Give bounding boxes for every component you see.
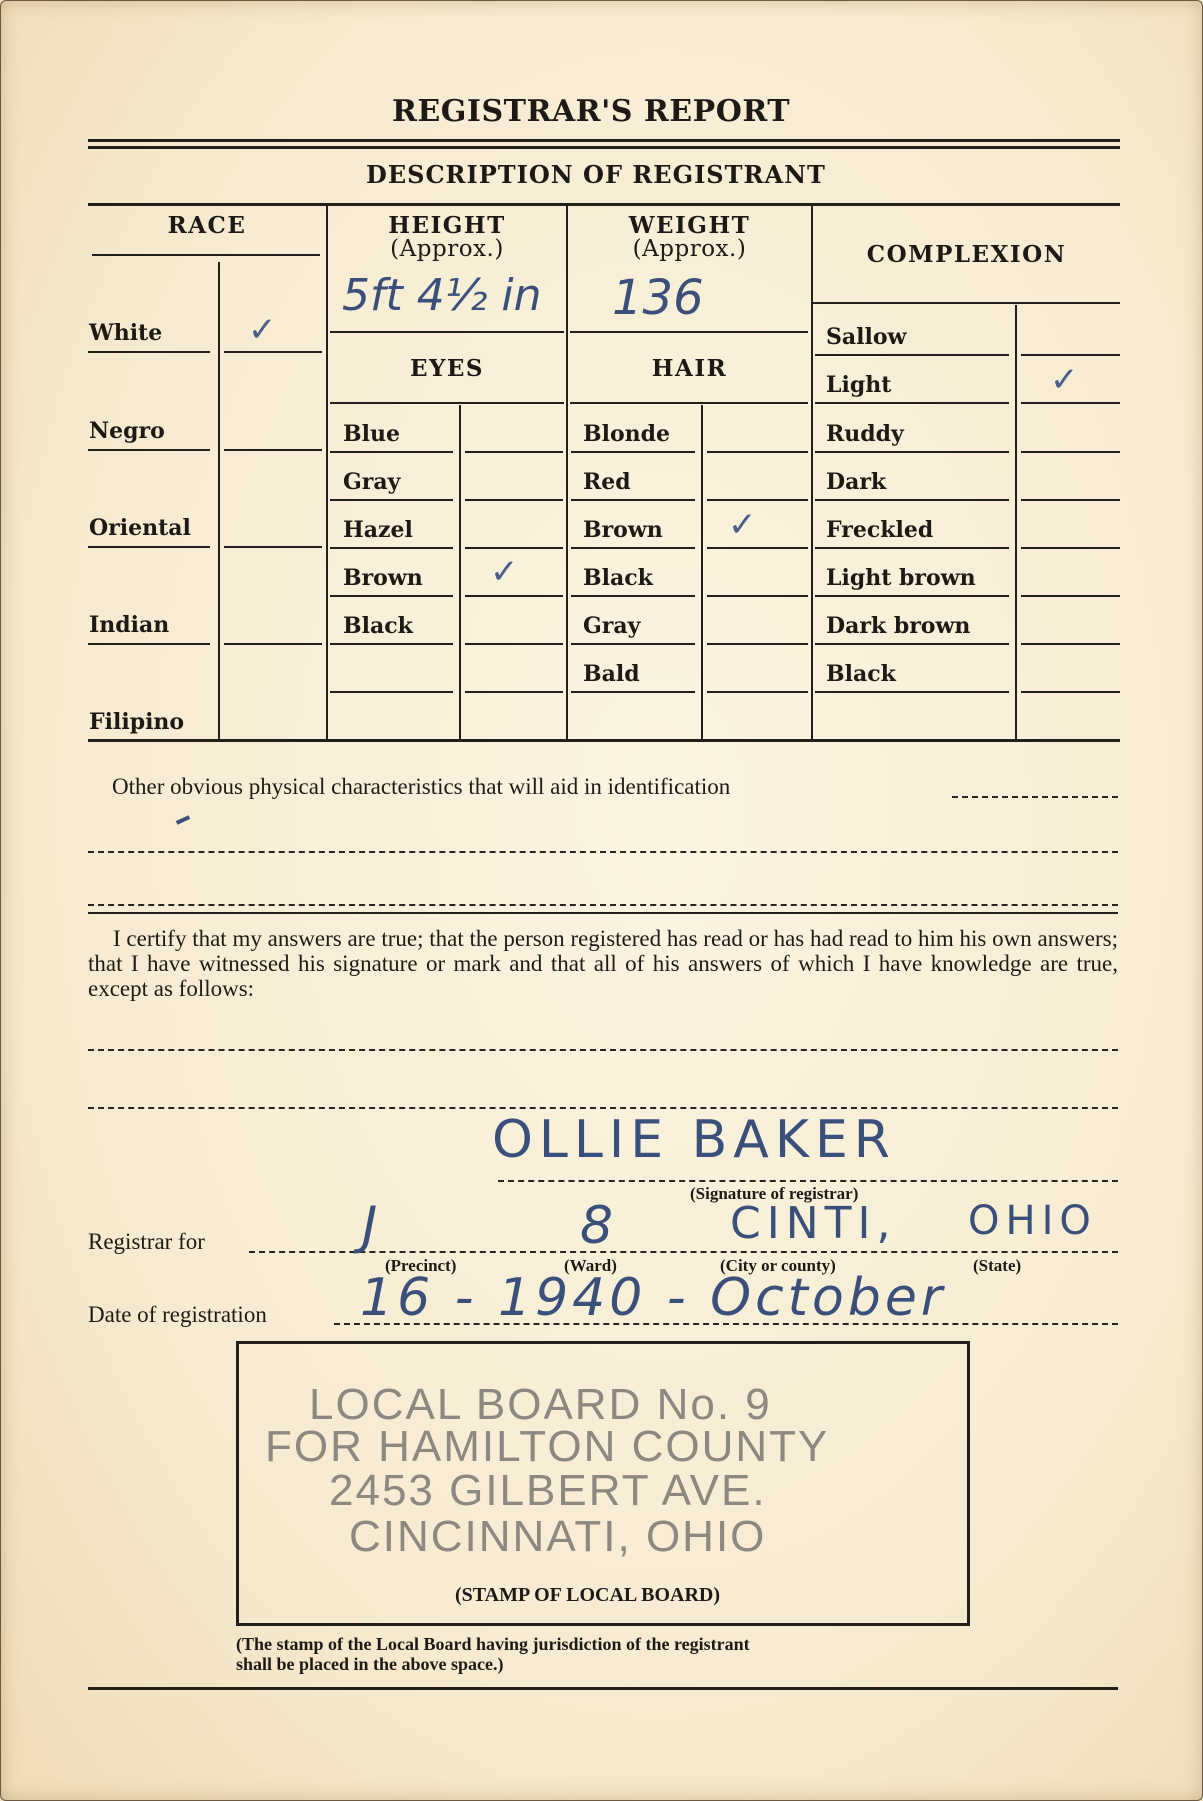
height-value[interactable]: 5ft 4½ in — [342, 270, 541, 321]
eyes-row-rule — [330, 499, 453, 501]
title-rule-2 — [88, 146, 1120, 149]
complexion-ruddy-checkbox[interactable] — [1021, 451, 1120, 453]
hair-inner-divider — [701, 405, 703, 739]
stamp-line-4: CINCINNATI, OHIO — [349, 1512, 766, 1562]
stamp-note-line-1: (The stamp of the Local Board having jur… — [236, 1634, 750, 1655]
exceptions-field-line-2[interactable] — [88, 1107, 1118, 1109]
complexion-dark-label: Dark — [826, 469, 886, 495]
eyes-blue-label: Blue — [343, 421, 400, 447]
registrar-signature[interactable]: OLLIE BAKER — [492, 1110, 896, 1170]
race-check-rule — [224, 351, 322, 353]
hair-blonde-label: Blonde — [583, 421, 670, 447]
signature-line — [498, 1180, 1118, 1182]
complexion-header-rule — [813, 302, 1120, 304]
complexion-row-rule — [815, 402, 1009, 404]
eyes-header-rule — [330, 402, 564, 404]
eyes-header: EYES — [328, 355, 566, 382]
complexion-row-rule — [815, 643, 1009, 645]
state-caption: (State) — [973, 1256, 1021, 1276]
eyes-hazel-checkbox[interactable] — [465, 547, 563, 549]
other-characteristics-label: Other obvious physical characteristics t… — [112, 774, 730, 799]
precinct-value[interactable]: J — [362, 1196, 377, 1256]
race-negro-label: Negro — [89, 418, 165, 444]
race-white-checkbox[interactable]: ✓ — [248, 310, 277, 350]
registrar-for-line — [249, 1251, 1118, 1253]
complexion-black-checkbox[interactable] — [1021, 691, 1120, 693]
complexion-row-rule — [815, 354, 1009, 356]
eyes-row-rule — [330, 595, 453, 597]
weight-approx-note: (Approx.) — [568, 236, 811, 263]
height-header: HEIGHT — [328, 212, 566, 239]
hair-header: HAIR — [568, 355, 811, 382]
section-divider — [88, 912, 1118, 914]
hair-red-checkbox[interactable] — [707, 499, 808, 501]
col-divider-race — [326, 205, 328, 739]
subtitle-rule — [88, 203, 1120, 206]
title-rule-1 — [88, 139, 1120, 142]
eyes-row-rule — [465, 691, 563, 693]
other-characteristics-field-line-2[interactable] — [88, 851, 1118, 853]
eyes-row-rule — [330, 643, 453, 645]
complexion-row-rule — [815, 451, 1009, 453]
complexion-black-label: Black — [826, 661, 896, 687]
race-white-label: White — [89, 320, 162, 346]
race-oriental-checkbox[interactable] — [224, 546, 322, 548]
form-title: REGISTRAR'S REPORT — [392, 94, 790, 129]
hair-bald-label: Bald — [583, 661, 640, 687]
eyes-blue-checkbox[interactable] — [465, 451, 563, 453]
complexion-sallow-label: Sallow — [826, 324, 906, 350]
eyes-gray-checkbox[interactable] — [465, 499, 563, 501]
race-indian-label: Indian — [89, 612, 169, 638]
complexion-header: COMPLEXION — [813, 241, 1120, 268]
city-value[interactable]: CINTI, — [730, 1198, 896, 1249]
height-value-rule — [330, 331, 564, 333]
stamp-line-2: FOR HAMILTON COUNTY — [265, 1422, 829, 1472]
race-oriental-label: Oriental — [89, 515, 191, 541]
race-row-rule — [88, 449, 210, 451]
stamp-line-3: 2453 GILBERT AVE. — [329, 1466, 767, 1516]
footer-rule — [88, 1687, 1118, 1690]
ward-value[interactable]: 8 — [580, 1196, 613, 1256]
complexion-dark-checkbox[interactable] — [1021, 499, 1120, 501]
stamp-note-line-2: shall be placed in the above space.) — [236, 1654, 504, 1675]
section-subtitle: DESCRIPTION OF REGISTRANT — [366, 160, 826, 189]
complexion-row-rule — [1021, 402, 1120, 404]
hair-black-label: Black — [583, 565, 653, 591]
exceptions-field-line-1[interactable] — [88, 1049, 1118, 1051]
hair-header-rule — [570, 402, 808, 404]
race-row-rule — [88, 546, 210, 548]
complexion-light-label: Light — [826, 372, 891, 398]
eyes-row-rule — [330, 547, 453, 549]
complexion-inner-divider — [1015, 305, 1017, 739]
hair-row-rule — [571, 499, 695, 501]
hair-row-rule — [571, 643, 695, 645]
hair-black-checkbox[interactable] — [707, 595, 808, 597]
race-header: RACE — [88, 212, 326, 239]
complexion-row-rule — [815, 691, 1009, 693]
certification-text: I certify that my answers are true; that… — [88, 926, 1118, 1001]
height-approx-note: (Approx.) — [328, 236, 566, 263]
hair-brown-label: Brown — [583, 517, 663, 543]
race-filipino-label: Filipino — [89, 709, 184, 735]
hair-blonde-checkbox[interactable] — [707, 451, 808, 453]
eyes-row-rule — [330, 451, 453, 453]
hair-gray-label: Gray — [583, 613, 640, 639]
date-of-registration-value[interactable]: 16 - 1940 - October — [360, 1268, 946, 1328]
eyes-brown-checkbox[interactable]: ✓ — [490, 552, 519, 592]
weight-value[interactable]: 136 — [612, 270, 704, 326]
weight-header: WEIGHT — [568, 212, 811, 239]
hair-row-rule — [571, 595, 695, 597]
hair-row-rule — [571, 691, 695, 693]
complexion-freckled-label: Freckled — [826, 517, 933, 543]
other-characteristics-field-line-1[interactable] — [952, 796, 1118, 798]
eyes-gray-label: Gray — [343, 469, 400, 495]
hair-gray-checkbox[interactable] — [707, 643, 808, 645]
col-divider-weight — [811, 205, 813, 739]
col-divider-height — [566, 205, 568, 739]
complexion-dark-brown-checkbox[interactable] — [1021, 643, 1120, 645]
eyes-brown-label: Brown — [343, 565, 423, 591]
state-value[interactable]: OHIO — [968, 1198, 1097, 1244]
complexion-sallow-checkbox[interactable] — [1021, 354, 1120, 356]
eyes-black-checkbox[interactable] — [465, 643, 563, 645]
complexion-ruddy-label: Ruddy — [826, 421, 904, 447]
eyes-hazel-label: Hazel — [343, 517, 413, 543]
complexion-light-checkbox[interactable]: ✓ — [1050, 360, 1079, 400]
table-bottom-rule — [88, 739, 1120, 742]
hair-bald-checkbox[interactable] — [707, 691, 808, 693]
date-of-registration-label: Date of registration — [88, 1302, 267, 1327]
weight-value-rule — [570, 331, 808, 333]
complexion-light-brown-label: Light brown — [826, 565, 976, 591]
complexion-row-rule — [815, 595, 1009, 597]
hair-row-rule — [571, 451, 695, 453]
race-filipino-checkbox[interactable] — [224, 690, 322, 735]
eyes-inner-divider — [459, 405, 461, 739]
stamp-caption: (STAMP OF LOCAL BOARD) — [455, 1584, 720, 1607]
eyes-black-label: Black — [343, 613, 413, 639]
complexion-row-rule — [815, 499, 1009, 501]
race-inner-divider — [218, 262, 220, 739]
race-negro-checkbox[interactable] — [224, 449, 322, 451]
eyes-row-rule — [330, 691, 453, 693]
race-indian-checkbox[interactable] — [224, 643, 322, 645]
registrar-for-label: Registrar for — [88, 1229, 205, 1254]
complexion-light-brown-checkbox[interactable] — [1021, 595, 1120, 597]
race-row-rule — [88, 351, 210, 353]
hair-row-rule — [707, 547, 808, 549]
race-header-rule — [92, 254, 320, 256]
hair-brown-checkbox[interactable]: ✓ — [728, 505, 757, 545]
stamp-box: LOCAL BOARD No. 9 FOR HAMILTON COUNTY 24… — [236, 1341, 970, 1626]
race-row-rule — [88, 643, 210, 645]
hair-red-label: Red — [583, 469, 631, 495]
hair-row-rule — [571, 547, 695, 549]
eyes-row-rule — [465, 595, 563, 597]
complexion-dark-brown-label: Dark brown — [826, 613, 970, 639]
complexion-freckled-checkbox[interactable] — [1021, 547, 1120, 549]
complexion-row-rule — [815, 547, 1009, 549]
other-characteristics-field-line-3[interactable] — [88, 904, 1118, 906]
